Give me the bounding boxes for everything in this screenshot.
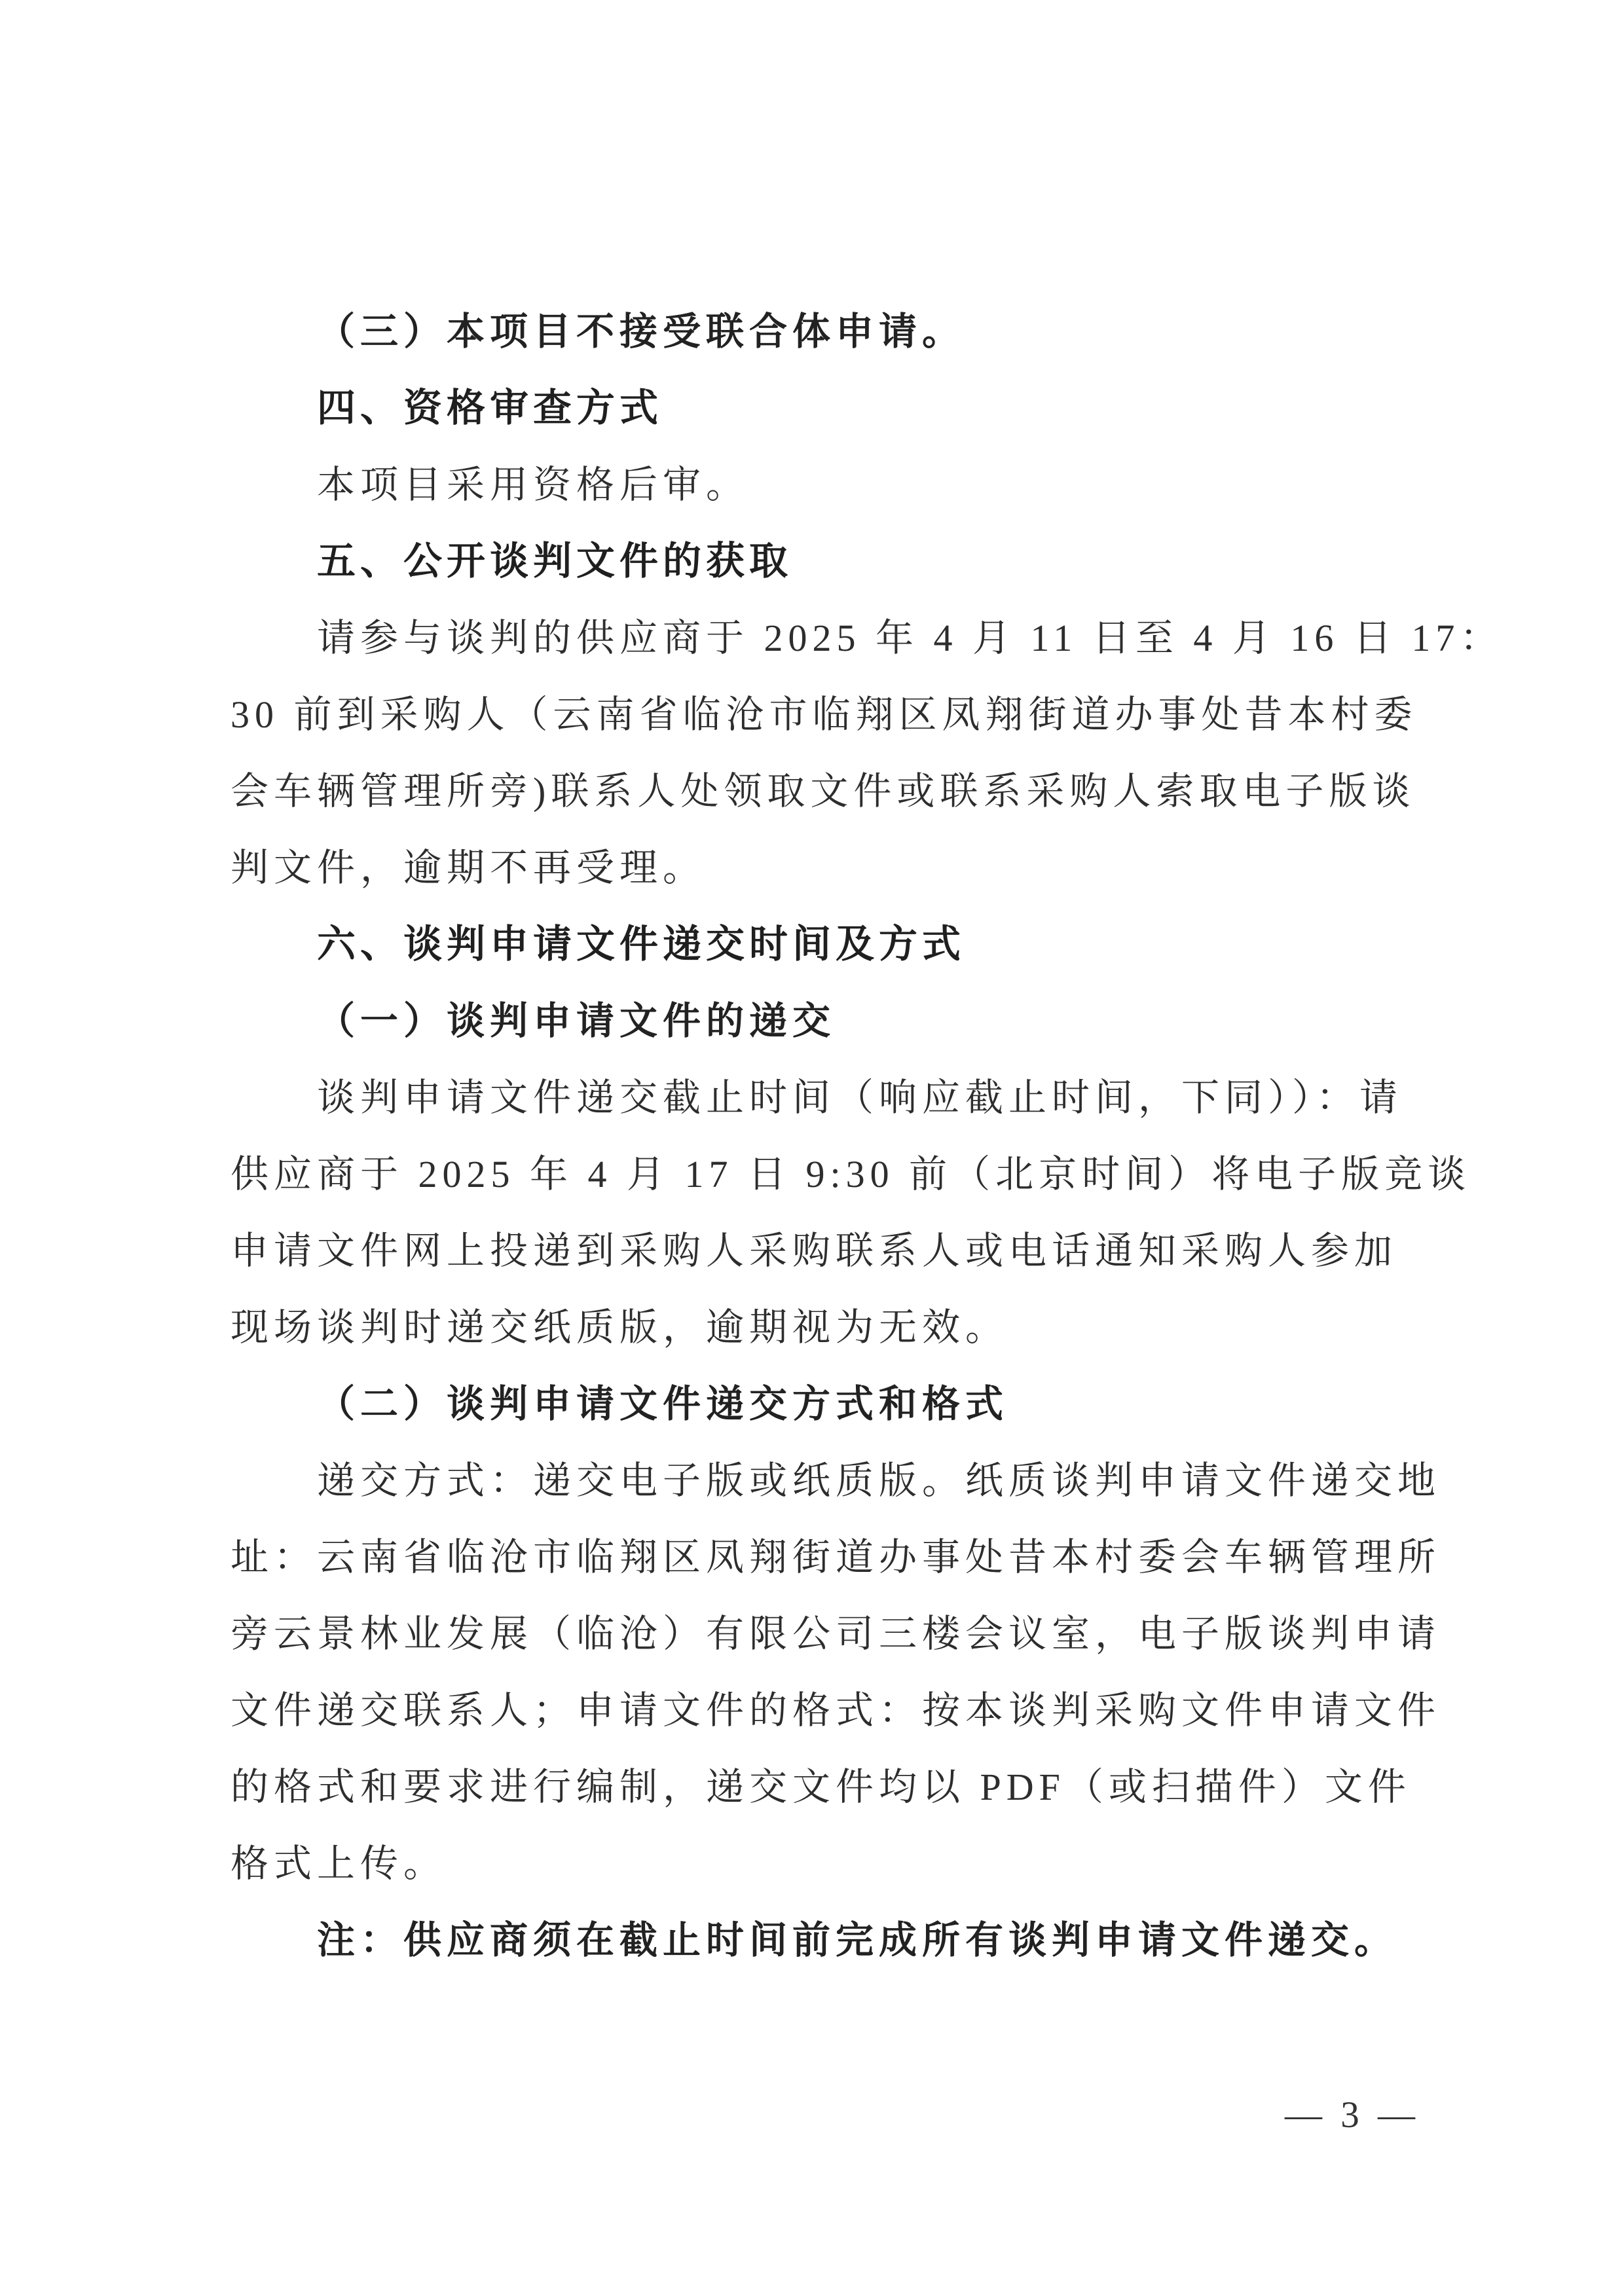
- submission-method-line-6: 格式上传。: [231, 1825, 1442, 1902]
- document-body: （三）本项目不接受联合体申请。 四、资格审查方式 本项目采用资格后审。 五、公开…: [231, 293, 1442, 1978]
- subsection-2-heading: （二）谈判申请文件递交方式和格式: [231, 1366, 1442, 1442]
- submission-deadline-line-1: 谈判申请文件递交截止时间（响应截止时间，下同））：请: [231, 1059, 1442, 1136]
- note-line: 注：供应商须在截止时间前完成所有谈判申请文件递交。: [231, 1902, 1442, 1978]
- submission-method-line-5: 的格式和要求进行编制，递交文件均以 PDF（或扫描件）文件: [231, 1749, 1442, 1825]
- subsection-1-heading: （一）谈判申请文件的递交: [231, 983, 1442, 1059]
- section-5-heading: 五、公开谈判文件的获取: [231, 523, 1442, 600]
- submission-deadline-line-2: 供应商于 2025 年 4 月 17 日 9:30 前（北京时间）将电子版竞谈: [231, 1136, 1442, 1212]
- qualification-review-line: 本项目采用资格后审。: [231, 446, 1442, 523]
- file-acquisition-line-3: 会车辆管理所旁)联系人处领取文件或联系采购人索取电子版谈: [231, 753, 1442, 829]
- file-acquisition-line-2: 30 前到采购人（云南省临沧市临翔区凤翔街道办事处昔本村委: [231, 676, 1442, 753]
- submission-method-line-1: 递交方式：递交电子版或纸质版。纸质谈判申请文件递交地: [231, 1442, 1442, 1519]
- submission-method-line-4: 文件递交联系人；申请文件的格式：按本谈判采购文件申请文件: [231, 1672, 1442, 1749]
- file-acquisition-line-4: 判文件，逾期不再受理。: [231, 829, 1442, 906]
- submission-deadline-line-3: 申请文件网上投递到采购人采购联系人或电话通知采购人参加: [231, 1212, 1442, 1289]
- submission-deadline-line-4: 现场谈判时递交纸质版，逾期视为无效。: [231, 1289, 1442, 1366]
- page-number: — 3 —: [1285, 2092, 1416, 2138]
- document-page: （三）本项目不接受联合体申请。 四、资格审查方式 本项目采用资格后审。 五、公开…: [0, 0, 1624, 2296]
- section-6-heading: 六、谈判申请文件递交时间及方式: [231, 906, 1442, 983]
- submission-method-line-2: 址：云南省临沧市临翔区凤翔街道办事处昔本村委会车辆管理所: [231, 1519, 1442, 1595]
- section-4-heading: 四、资格审查方式: [231, 370, 1442, 446]
- clause-3-joint-bid-line: （三）本项目不接受联合体申请。: [231, 293, 1442, 370]
- submission-method-line-3: 旁云景林业发展（临沧）有限公司三楼会议室，电子版谈判申请: [231, 1595, 1442, 1672]
- file-acquisition-line-1: 请参与谈判的供应商于 2025 年 4 月 11 日至 4 月 16 日 17：: [231, 600, 1442, 676]
